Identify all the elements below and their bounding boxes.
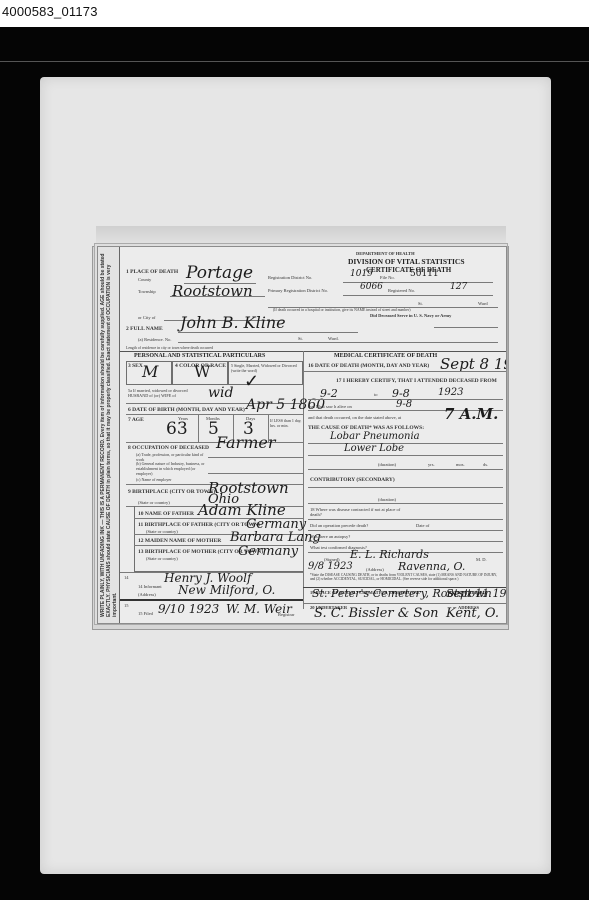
last-saw-value: 9-8: [396, 399, 412, 410]
film-edge-line: [0, 61, 589, 62]
employer-label: (c) Name of employer: [136, 477, 171, 482]
duration-yrs-label: yrs.: [428, 462, 435, 467]
operation-date-label: Date of: [416, 523, 429, 528]
less-than-day-label: If LESS than 1 day, hrs. or min.: [270, 418, 302, 428]
signed-date-value: 9/8 1923: [308, 561, 353, 572]
spouse-label: 5a If married, widowed or divorced HUSBA…: [128, 388, 206, 398]
county-value: Portage: [186, 263, 253, 283]
informant-label: 14 Informant: [138, 584, 162, 589]
division-title: DIVISION OF VITAL STATISTICS: [348, 257, 465, 266]
undertaker-address-value: Kent, O.: [446, 606, 499, 621]
spouse-value: wid: [208, 385, 233, 401]
medical-certificate-header: MEDICAL CERTIFICATE OF DEATH: [334, 353, 437, 359]
cause-line-2: Lower Lobe: [344, 443, 404, 454]
undertaker-value: S. C. Bissler & Son: [314, 606, 439, 621]
filed-label: 15 Filed: [138, 611, 153, 616]
ward-label: Ward: [478, 301, 488, 306]
duration-ds-label: ds.: [483, 462, 488, 467]
city-label: or City of: [138, 315, 156, 320]
frame-header: 4000583_01173: [0, 0, 589, 27]
date-of-death-label: 16 DATE OF DEATH (month, day and year): [308, 363, 429, 369]
age-years-value: 63: [166, 419, 188, 439]
full-name-value: John B. Kline: [180, 313, 286, 332]
informant-address-value: New Milford, O.: [178, 583, 275, 597]
burial-date-value: Sept 11 1923: [446, 587, 507, 600]
sex-value: M: [142, 362, 158, 381]
township-label: Township: [138, 289, 156, 294]
registered-no-label: Registered No.: [388, 288, 415, 293]
navy-army-label: Did Deceased Serve in U. S. Navy or Army: [370, 313, 451, 318]
marital-check-mark: ✓: [244, 371, 259, 392]
duration-label: (duration): [378, 462, 396, 467]
md-label: M. D.: [476, 557, 487, 562]
certify-label: 17 I HEREBY CERTIFY, That I attended dec…: [336, 378, 497, 384]
occupation-value: Farmer: [216, 433, 276, 452]
date-of-birth-label: 6 DATE OF BIRTH (month, day and year): [128, 407, 245, 413]
residence-street-label: St.: [298, 336, 303, 341]
filed-date-value: 9/10 1923: [158, 602, 219, 616]
attended-year-value: 1923: [438, 387, 463, 398]
residence-ward-label: Ward.: [328, 336, 339, 341]
place-of-death-label: 1 PLACE OF DEATH: [126, 269, 178, 275]
filed-number: 15: [124, 603, 129, 608]
mother-name-label: 12 MAIDEN NAME OF MOTHER: [138, 538, 221, 544]
death-hour-label: and that death occurred, on the date sta…: [308, 415, 401, 420]
township-value: Rootstown: [172, 282, 253, 300]
registration-district-value: 1019: [350, 269, 373, 279]
primary-district-value: 6066: [360, 282, 383, 292]
sex-label: 3 SEX: [128, 363, 143, 369]
signed-address-label: (Address): [366, 567, 384, 572]
informant-address-label: (Address): [138, 592, 156, 597]
father-birthplace-label: 11 BIRTHPLACE OF FATHER (city or town): [138, 522, 260, 528]
occupation-industry-label: (b) General nature of Industry, business…: [136, 461, 208, 476]
residence-label: (a) Residence. No.: [138, 337, 172, 342]
full-name-label: 2 FULL NAME: [126, 326, 163, 332]
hospital-note: (If death occurred in a hospital or inst…: [273, 308, 411, 312]
registered-no-value: 127: [450, 282, 467, 292]
mother-birthplace-value: Germany: [238, 544, 298, 559]
birthplace-label: 9 BIRTHPLACE (city or town): [128, 489, 215, 495]
cause-line-1: Lobar Pneumonia: [330, 431, 420, 442]
informant-number: 14: [124, 575, 129, 580]
county-label: County: [138, 277, 151, 282]
age-label: 7 AGE: [128, 417, 144, 423]
father-name-label: 10 NAME OF FATHER: [138, 511, 194, 517]
signed-address-value: Ravenna, O.: [398, 560, 465, 573]
primary-district-label: Primary Registration District No.: [268, 288, 328, 293]
registration-district-label: Registration District No.: [268, 275, 312, 280]
death-certificate: WRITE PLAINLY, WITH UNFADING INK — THIS …: [97, 246, 507, 624]
attended-to-label: to: [374, 392, 378, 397]
file-no-label: File No.: [380, 275, 395, 280]
street-label: St.: [418, 301, 423, 306]
registrar-label: Registrar: [278, 612, 295, 617]
contributory-duration-label: (duration): [378, 497, 396, 502]
autopsy-label: Was there an autopsy?: [310, 534, 350, 539]
marital-status-label: 5 Single, Married, Widowed or Divorced (…: [231, 363, 301, 373]
department-label: DEPARTMENT OF HEALTH: [356, 251, 415, 256]
where-contracted-label: 18 Where was disease contracted if not a…: [310, 507, 410, 517]
cause-footnote: *State the DISEASE CAUSING DEATH, or in …: [310, 573, 500, 581]
file-no-value: 50111: [410, 269, 439, 279]
personal-particulars-header: PERSONAL AND STATISTICAL PARTICULARS: [134, 353, 265, 359]
occupation-label: 8 OCCUPATION OF DECEASED: [128, 445, 209, 451]
operation-label: Did an operation precede death?: [310, 523, 368, 528]
duration-mos-label: mos.: [456, 462, 465, 467]
length-of-residence-label: Length of residence in city or town wher…: [126, 346, 213, 350]
last-saw-label: that I last saw h alive on: [308, 404, 352, 409]
margin-instructions: WRITE PLAINLY, WITH UNFADING INK — THIS …: [100, 247, 118, 617]
mother-name-value: Barbara Lang: [230, 530, 321, 545]
birthplace-state-label: (State or country): [138, 500, 170, 505]
mother-birthplace-sub: (State or country): [146, 556, 178, 561]
contributory-label: CONTRIBUTORY (secondary): [310, 477, 395, 483]
margin-instructions-strip: WRITE PLAINLY, WITH UNFADING INK — THIS …: [98, 247, 120, 623]
image-id-label: 4000583_01173: [2, 4, 98, 19]
color-race-value: W: [194, 362, 210, 381]
death-hour-value: 7 A.M.: [444, 405, 498, 423]
